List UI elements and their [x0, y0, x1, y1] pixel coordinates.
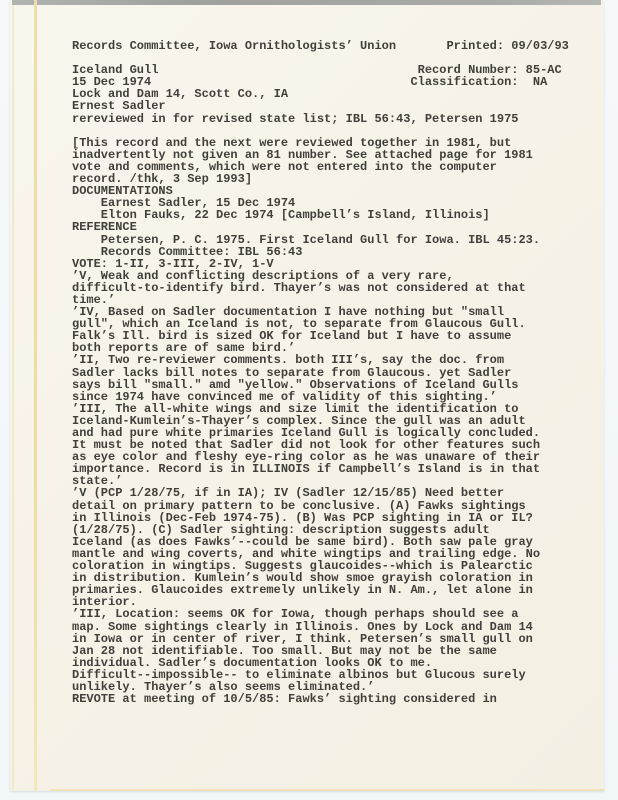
- scan-background: Records Committee, Iowa Ornithologists’ …: [0, 0, 618, 800]
- page-edge-line-faint: [12, 5, 14, 791]
- document-line: rereviewed in for revised state list; IB…: [72, 113, 569, 125]
- document-line: since 1974 have convinced me of validity…: [72, 391, 569, 403]
- document-line: Elton Fauks, 22 Dec 1974 [Campbell’s Isl…: [72, 209, 569, 221]
- document-line: REVOTE at meeting of 10/5/85: Fawks’ sig…: [72, 693, 569, 705]
- document-line: map. Some sightings clearly in Illinois.…: [72, 621, 569, 633]
- document-line: in Illinois (Dec-Feb 1974-75). (B) Was P…: [72, 512, 569, 524]
- document-line: Ernest Sadler: [72, 100, 569, 112]
- document-line: Records Committee, Iowa Ornithologists’ …: [72, 40, 569, 52]
- document-line: in Iowa or in center of river, I think. …: [72, 633, 569, 645]
- scanner-edge-shadow: [12, 0, 601, 5]
- document-line: VOTE: 1-II, 3-III, 2-IV, 1-V: [72, 258, 569, 270]
- scanned-document-page: Records Committee, Iowa Ornithologists’ …: [10, 0, 604, 791]
- document-line: ’V (PCP 1/28/75, if in IA); IV (Sadler 1…: [72, 487, 569, 499]
- document-line: Sadler lacks bill notes to separate from…: [72, 367, 569, 379]
- document-line: difficult-to-identify bird. Thayer’s was…: [72, 282, 569, 294]
- document-line: importance. Record is in ILLINOIS if Cam…: [72, 463, 569, 475]
- document-line: REFERENCE: [72, 221, 569, 233]
- document-line: detail on primary pattern to be conclusi…: [72, 500, 569, 512]
- document-line: primaries. Glaucoides extremely unlikely…: [72, 584, 569, 596]
- document-line: [72, 125, 569, 137]
- page-fold-line: [34, 0, 37, 791]
- document-line: ’II, Two re-reviewer comments. both III’…: [72, 354, 569, 366]
- document-line: Jan 28 not identifiable. Too small. But …: [72, 645, 569, 657]
- document-text: Records Committee, Iowa Ornithologists’ …: [72, 40, 569, 705]
- page-bottom-edge-line: [50, 789, 604, 791]
- document-line: Records Committee: IBL 56:43: [72, 246, 569, 258]
- document-line: ’III, Location: seems OK for Iowa, thoug…: [72, 608, 569, 620]
- document-line: says bill "small." amd "yellow." Observa…: [72, 379, 569, 391]
- document-line: Petersen, P. C. 1975. First Iceland Gull…: [72, 234, 569, 246]
